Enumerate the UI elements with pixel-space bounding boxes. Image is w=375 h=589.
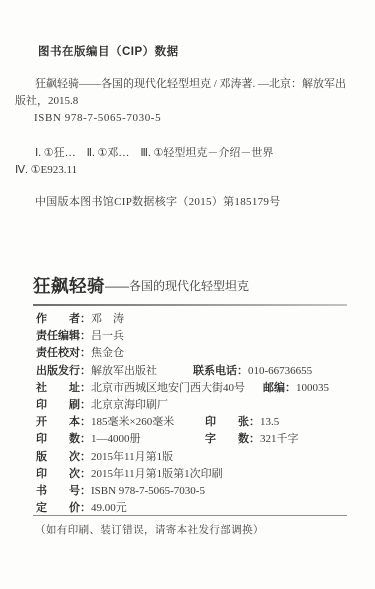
row-value: 13.5	[260, 416, 279, 428]
row-label: 责任校对：	[36, 347, 91, 359]
row-value: 1—4000册	[91, 433, 141, 445]
row-label: 责任编辑：	[36, 330, 91, 342]
row-value: 解放军出版社	[91, 365, 157, 377]
row-label: 作 者：	[36, 313, 91, 325]
row-label: 邮编：	[263, 382, 296, 394]
row-printer: 印 刷：北京京海印刷厂	[36, 395, 356, 412]
cip-heading: 图书在版编目（CIP）数据	[38, 43, 179, 59]
cip-description-line2: 版社，2015.8	[15, 93, 355, 110]
row-label: 版 次：	[36, 451, 91, 463]
row-value: 49.00元	[91, 502, 127, 514]
row-edition: 版 次：2015年11月第1版	[36, 447, 356, 464]
book-title-block: 狂飙轻骑——各国的现代化轻型坦克	[33, 273, 347, 306]
row-impression: 印 次：2015年11月第1版第1次印刷	[36, 464, 356, 481]
row-label: 印 张：	[205, 416, 260, 428]
cip-classification-line2: Ⅳ. ①E923.11	[15, 162, 360, 179]
cip-description-line1: 狂飙轻骑——各国的现代化轻型坦克 / 邓涛著. —北京：解放军出	[15, 76, 355, 93]
row-value: 2015年11月第1版第1次印刷	[91, 468, 223, 480]
row-label: 字 数：	[205, 433, 260, 445]
cip-description: 狂飙轻骑——各国的现代化轻型坦克 / 邓涛著. —北京：解放军出 版社，2015…	[15, 76, 355, 110]
cip-record-number: 中国版本图书馆CIP数据核字（2015）第185179号	[35, 193, 281, 209]
row-value: 北京京海印刷厂	[91, 399, 168, 411]
row-value: 吕一兵	[91, 330, 124, 342]
row-label: 联系电话：	[193, 365, 248, 377]
row-proofreader: 责任校对：焦金仓	[36, 343, 356, 360]
row-value: 185毫米×260毫米	[91, 416, 174, 428]
book-subtitle: ——各国的现代化轻型坦克	[105, 279, 249, 293]
row-value: 010-66736655	[248, 365, 312, 377]
row-value: 321千字	[260, 433, 299, 445]
row-value: 2015年11月第1版	[91, 451, 173, 463]
row-value: 焦金仓	[91, 347, 124, 359]
footer-divider	[33, 515, 347, 516]
book-title: 狂飙轻骑	[33, 276, 105, 296]
row-label: 书 号：	[36, 485, 91, 497]
footer-note: （如有印刷、装订错误，请寄本社发行部调换）	[35, 522, 264, 537]
row-price: 定 价：49.00元	[36, 498, 356, 515]
row-label: 印 刷：	[36, 399, 91, 411]
row-format: 开 本：185毫米×260毫米 印 张：13.5	[36, 412, 356, 429]
row-value: 北京市西城区地安门西大街40号	[91, 382, 245, 394]
row-value: 邓 涛	[91, 313, 124, 325]
cip-classification-line1: Ⅰ. ①狂… Ⅱ. ①邓… Ⅲ. ①轻型坦克－介绍－世界	[15, 145, 360, 162]
row-label: 社 址：	[36, 382, 91, 394]
row-isbn: 书 号：ISBN 978-7-5065-7030-5	[36, 481, 356, 498]
publication-details: 作 者：邓 涛 责任编辑：吕一兵 责任校对：焦金仓 出版发行：解放军出版社 联系…	[36, 309, 356, 515]
row-print-run: 印 数：1—4000册 字 数：321千字	[36, 429, 356, 446]
cip-isbn: ISBN 978-7-5065-7030-5	[34, 112, 161, 124]
book-copyright-page: 图书在版编目（CIP）数据 狂飙轻骑——各国的现代化轻型坦克 / 邓涛著. —北…	[0, 0, 375, 589]
row-value: ISBN 978-7-5065-7030-5	[91, 485, 205, 497]
row-address: 社 址：北京市西城区地安门西大街40号 邮编：100035	[36, 378, 356, 395]
row-label: 印 次：	[36, 468, 91, 480]
cip-classification: Ⅰ. ①狂… Ⅱ. ①邓… Ⅲ. ①轻型坦克－介绍－世界 Ⅳ. ①E923.11	[15, 145, 360, 178]
row-author: 作 者：邓 涛	[36, 309, 356, 326]
title-divider	[33, 304, 347, 306]
row-label: 印 数：	[36, 433, 91, 445]
row-label: 开 本：	[36, 416, 91, 428]
row-label: 出版发行：	[36, 365, 91, 377]
row-value: 100035	[296, 382, 329, 394]
row-publisher: 出版发行：解放军出版社 联系电话：010-66736655	[36, 361, 356, 378]
row-editor: 责任编辑：吕一兵	[36, 326, 356, 343]
row-label: 定 价：	[36, 502, 91, 514]
